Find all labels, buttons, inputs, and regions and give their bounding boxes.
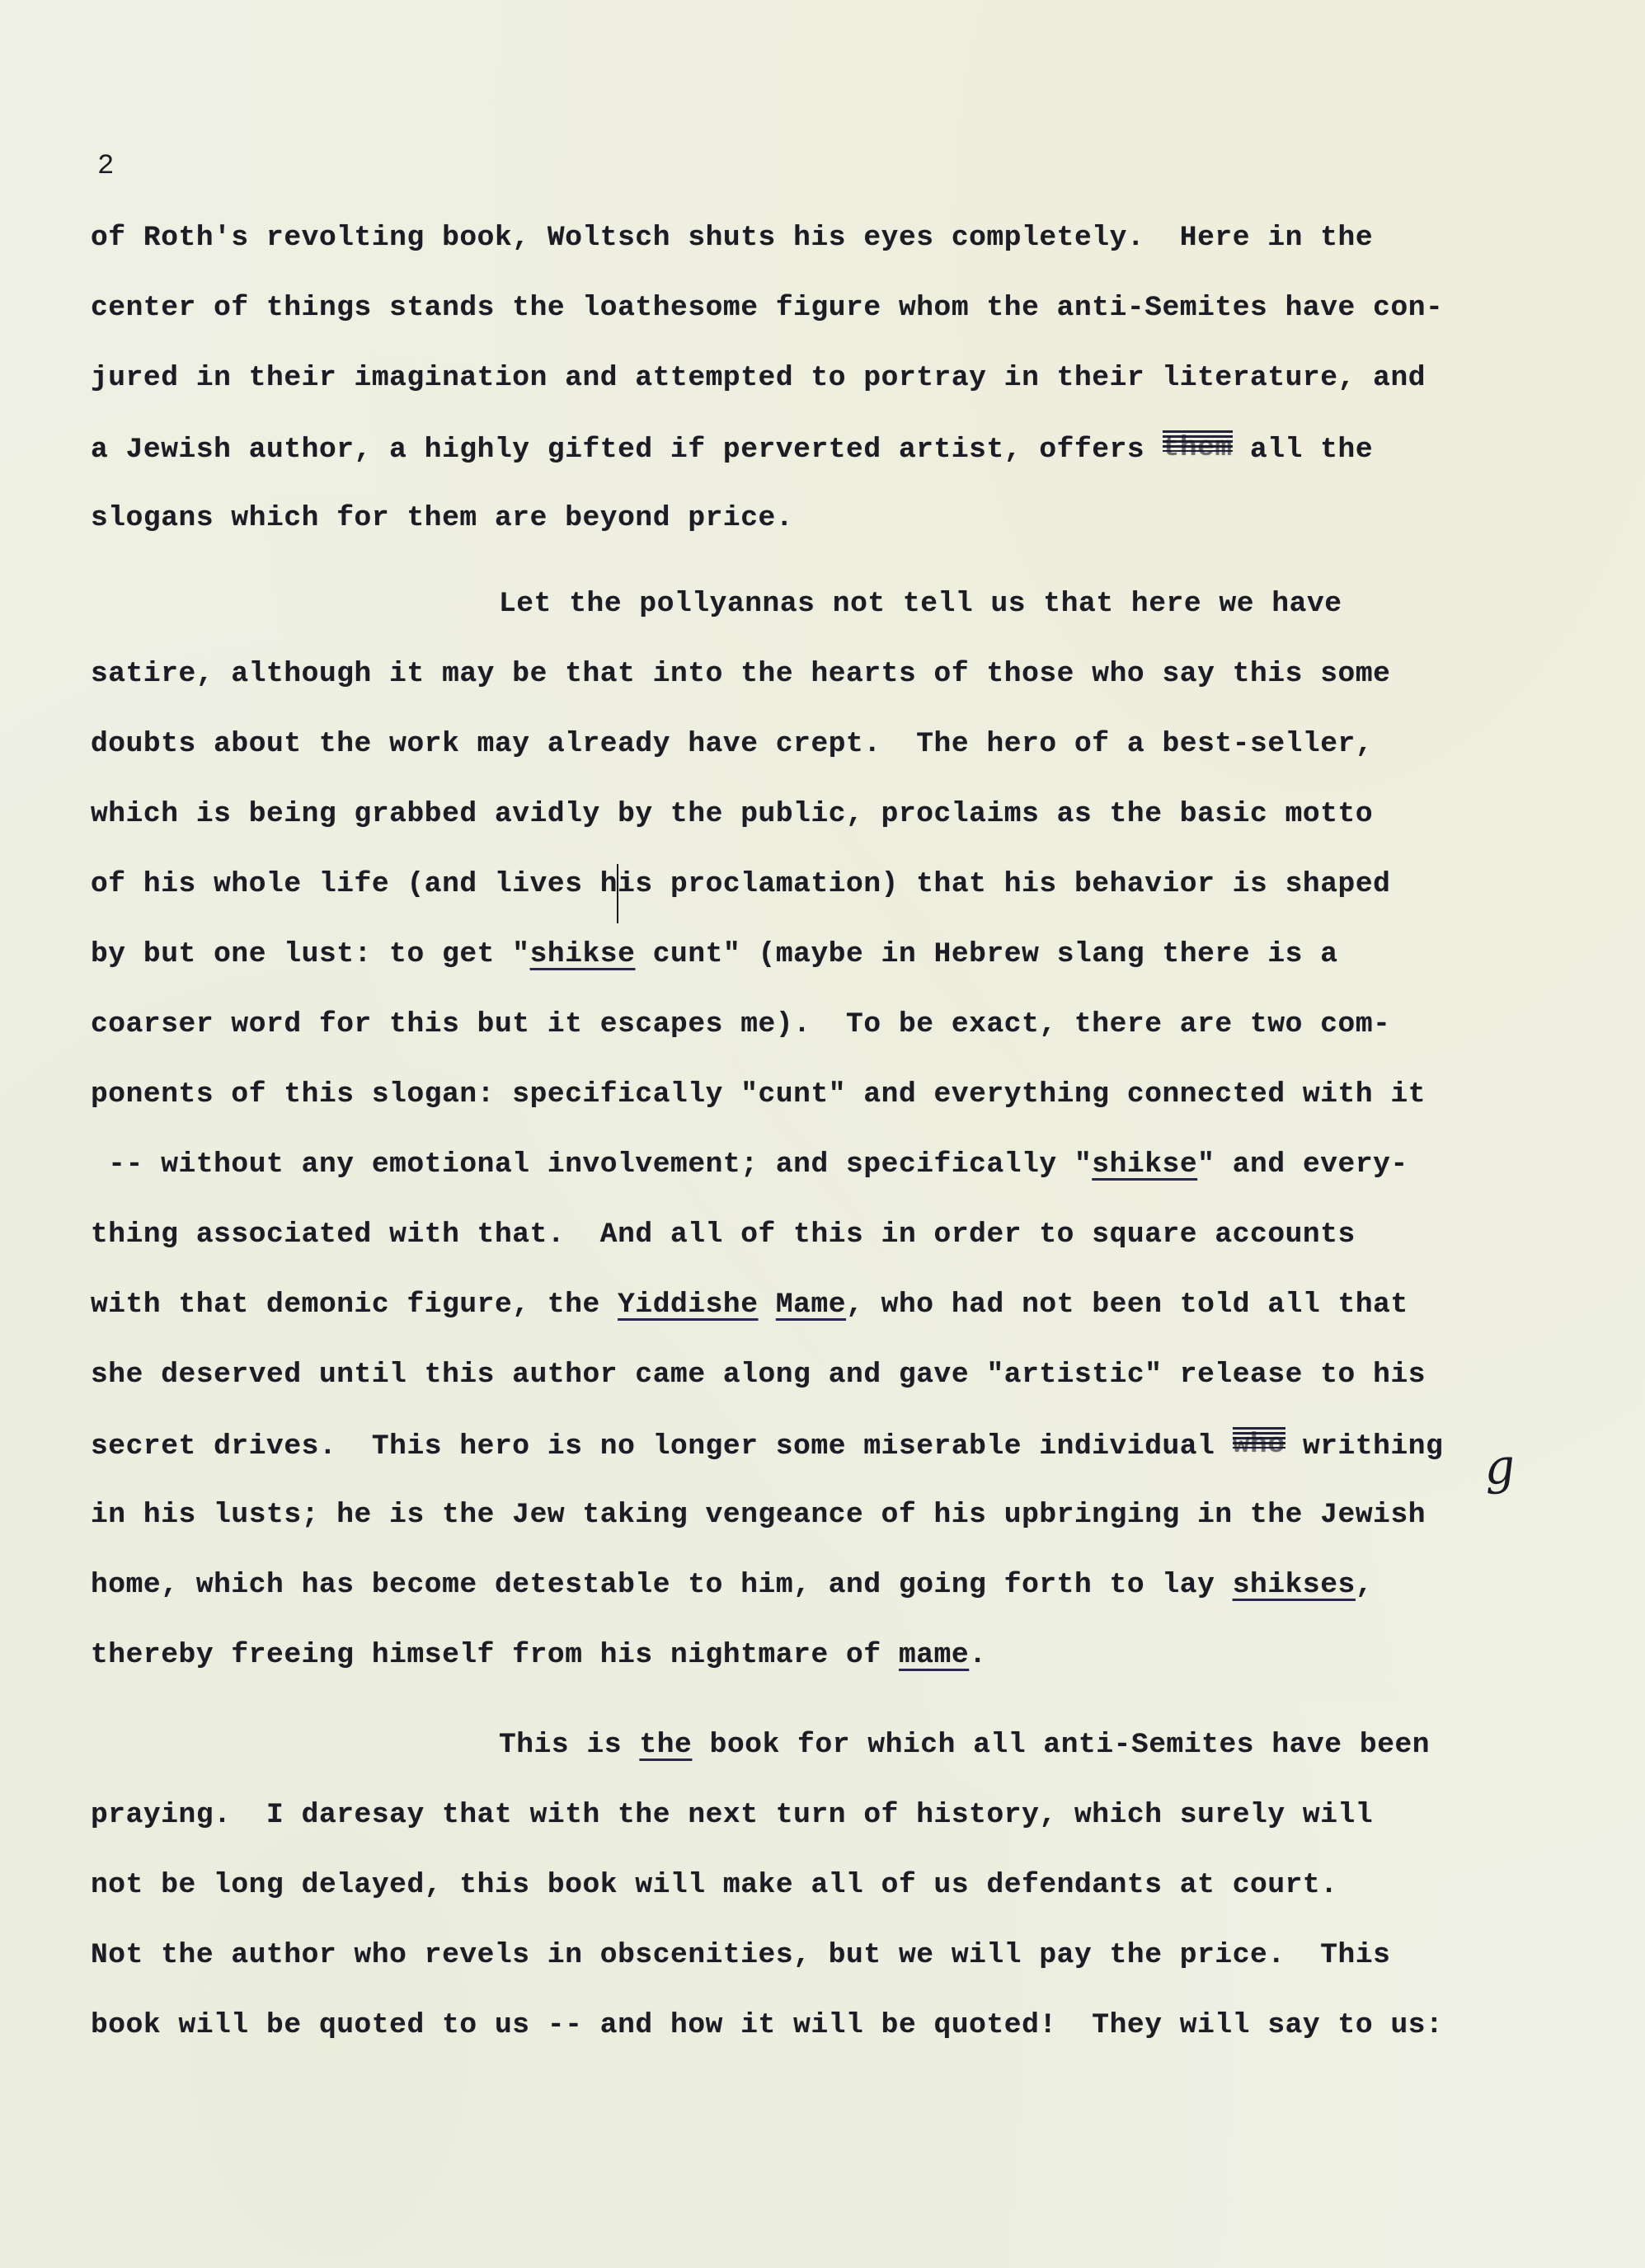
text-line: of his whole life (and lives his proclam…: [91, 866, 1390, 903]
struck-out-word: who: [1233, 1427, 1285, 1449]
text-line: which is being grabbed avidly by the pub…: [91, 796, 1373, 833]
text-line: secret drives. This hero is no longer so…: [91, 1427, 1443, 1465]
text-line: not be long delayed, this book will make…: [91, 1867, 1338, 1904]
text-line: with that demonic figure, the Yiddishe M…: [91, 1287, 1408, 1323]
text-segment: by but one lust: to get ": [91, 938, 530, 970]
text-segment: jured in their imagination and attempted…: [91, 362, 1426, 394]
text-segment: satire, although it may be that into the…: [91, 658, 1390, 690]
text-segment: secret drives. This hero is no longer so…: [91, 1430, 1233, 1463]
text-segment: book for which all anti-Semites have bee…: [692, 1729, 1430, 1761]
underlined-word: mame: [899, 1639, 969, 1671]
text-segment: coarser word for this but it escapes me)…: [91, 1008, 1390, 1040]
text-segment: of Roth's revolting book, Woltsch shuts …: [91, 222, 1373, 254]
text-line: coarser word for this but it escapes me)…: [91, 1007, 1390, 1043]
underlined-word: shikse: [530, 938, 636, 970]
text-segment: with that demonic figure, the: [91, 1289, 618, 1321]
text-segment: Let the pollyannas not tell us that here…: [499, 588, 1342, 620]
text-line: jured in their imagination and attempted…: [91, 360, 1426, 397]
text-segment: all the: [1233, 434, 1373, 466]
text-segment: a Jewish author, a highly gifted if perv…: [91, 434, 1163, 466]
underlined-word: Yiddishe: [618, 1289, 758, 1321]
text-line: doubts about the work may already have c…: [91, 726, 1373, 763]
text-line: ponents of this slogan: specifically "cu…: [91, 1077, 1426, 1113]
underlined-word: the: [639, 1729, 692, 1761]
text-line: of Roth's revolting book, Woltsch shuts …: [91, 220, 1373, 256]
underlined-word: shikses: [1233, 1569, 1356, 1601]
text-line: satire, although it may be that into the…: [91, 656, 1390, 693]
text-segment: in his lusts; he is the Jew taking venge…: [91, 1499, 1426, 1531]
text-segment: Not the author who revels in obscenities…: [91, 1939, 1390, 1971]
text-line: she deserved until this author came alon…: [91, 1357, 1426, 1393]
text-segment: doubts about the work may already have c…: [91, 728, 1373, 760]
struck-out-word: them: [1163, 430, 1233, 452]
text-segment: thing associated with that. And all of t…: [91, 1219, 1356, 1251]
text-segment: " and every-: [1197, 1148, 1408, 1181]
handwritten-correction: g: [1483, 1438, 1517, 1496]
text-line: slogans which for them are beyond price.: [91, 500, 793, 537]
text-segment: [759, 1289, 776, 1321]
text-segment: book will be quoted to us -- and how it …: [91, 2009, 1443, 2041]
text-line: This is the book for which all anti-Semi…: [499, 1727, 1430, 1763]
text-segment: -- without any emotional involvement; an…: [91, 1148, 1092, 1181]
text-line: -- without any emotional involvement; an…: [91, 1147, 1408, 1183]
text-segment: thereby freeing himself from his nightma…: [91, 1639, 899, 1671]
text-line: in his lusts; he is the Jew taking venge…: [91, 1497, 1426, 1533]
text-segment: writhing: [1285, 1430, 1444, 1463]
text-segment: ponents of this slogan: specifically "cu…: [91, 1078, 1426, 1111]
text-segment: slogans which for them are beyond price.: [91, 502, 793, 534]
text-line: home, which has become detestable to him…: [91, 1567, 1373, 1604]
text-line: Let the pollyannas not tell us that here…: [499, 586, 1342, 622]
text-segment: of his whole life (and lives his proclam…: [91, 868, 1390, 900]
text-line: center of things stands the loathesome f…: [91, 290, 1443, 326]
text-line: praying. I daresay that with the next tu…: [91, 1797, 1373, 1834]
page-number: 2: [97, 150, 115, 183]
text-segment: praying. I daresay that with the next tu…: [91, 1799, 1373, 1831]
text-segment: home, which has become detestable to him…: [91, 1569, 1233, 1601]
text-line: a Jewish author, a highly gifted if perv…: [91, 430, 1373, 468]
text-segment: center of things stands the loathesome f…: [91, 292, 1443, 324]
text-segment: ,: [1356, 1569, 1373, 1601]
text-segment: .: [969, 1639, 986, 1671]
text-segment: cunt" (maybe in Hebrew slang there is a: [635, 938, 1337, 970]
underlined-word: shikse: [1092, 1148, 1197, 1181]
underlined-word: Mame: [776, 1289, 846, 1321]
text-segment: , who had not been told all that: [846, 1289, 1408, 1321]
text-segment: she deserved until this author came alon…: [91, 1359, 1426, 1391]
typewritten-page: 2 of Roth's revolting book, Woltsch shut…: [0, 0, 1645, 2268]
text-segment: which is being grabbed avidly by the pub…: [91, 798, 1373, 830]
insertion-mark: [617, 864, 618, 923]
text-segment: not be long delayed, this book will make…: [91, 1869, 1338, 1901]
text-line: Not the author who revels in obscenities…: [91, 1937, 1390, 1974]
text-line: thing associated with that. And all of t…: [91, 1217, 1356, 1253]
text-line: thereby freeing himself from his nightma…: [91, 1637, 987, 1674]
text-line: by but one lust: to get "shikse cunt" (m…: [91, 937, 1338, 973]
text-segment: This is: [499, 1729, 639, 1761]
text-line: book will be quoted to us -- and how it …: [91, 2007, 1443, 2044]
